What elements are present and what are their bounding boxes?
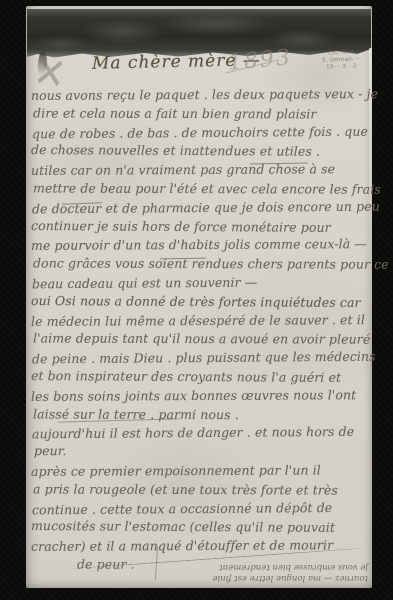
letter-line: mucosités sur l'estomac (celles qu'il ne… (31, 517, 367, 538)
letter-line: de docteur et de pharmacie que je dois e… (32, 197, 367, 218)
collection-stamp: Coll. R. M.E. Germain ····19·· - 3· - 2· (314, 49, 371, 72)
inverted-postscript-line: tournez — ma longue lettre est finie (164, 573, 368, 584)
letter-line: l'aime depuis tant qu'il nous a avoué en… (33, 330, 367, 350)
letter-line: le médecin lui même a désespéré de le sa… (31, 311, 367, 332)
letter-line: et bon inspirateur des croyants nous l'a… (31, 367, 367, 388)
letter-line: les bons soins joints aux bonnes œuvres … (31, 386, 367, 407)
letter-line: beau cadeau qui est un souvenir — (32, 273, 367, 294)
letter-line: de choses nouvelles et inattendues et ut… (31, 141, 367, 162)
letter-body: nous avons reçu le paquet . les deux paq… (31, 86, 367, 575)
letter-line: dire et cela nous a fait un bien grand p… (33, 104, 367, 124)
letter-line: utiles car on n'a vraiment pas grand cho… (31, 160, 367, 181)
letter-line: a pris la rougeole (et une toux très for… (33, 480, 367, 500)
letter-line: mettre de beau pour l'été et avec cela e… (33, 179, 367, 199)
pencil-date: 1893 (227, 45, 293, 75)
inverted-postscript: tournez — ma longue lettre est finieje v… (164, 562, 368, 583)
letter-line: me pourvoir d'un tas d'habits jolis comm… (31, 235, 367, 256)
letter-line: continuer je suis hors de force monétair… (31, 217, 367, 238)
photo-background: ✕ Ma chère mère — 1893 Coll. R. M.E. Ger… (0, 0, 393, 600)
letter-line: après ce premier empoisonnement par l'un… (31, 461, 367, 482)
letter-paper: ✕ Ma chère mère — 1893 Coll. R. M.E. Ger… (26, 6, 372, 588)
letter-line: de peine . mais Dieu . plus puissant que… (32, 348, 367, 369)
letter-line: nous avons reçu le paquet . les deux paq… (31, 85, 367, 106)
inverted-postscript-line: je vous embrasse bien tendrement (164, 562, 368, 573)
letter-line: peur. (34, 442, 367, 463)
letter-line: cracher) et il a manqué d'étouffer et de… (31, 536, 367, 557)
letter-line: aujourd'hui il est hors de danger . et n… (32, 423, 367, 444)
letter-line: oui Osi nous a donné de très fortes inqu… (31, 292, 367, 313)
